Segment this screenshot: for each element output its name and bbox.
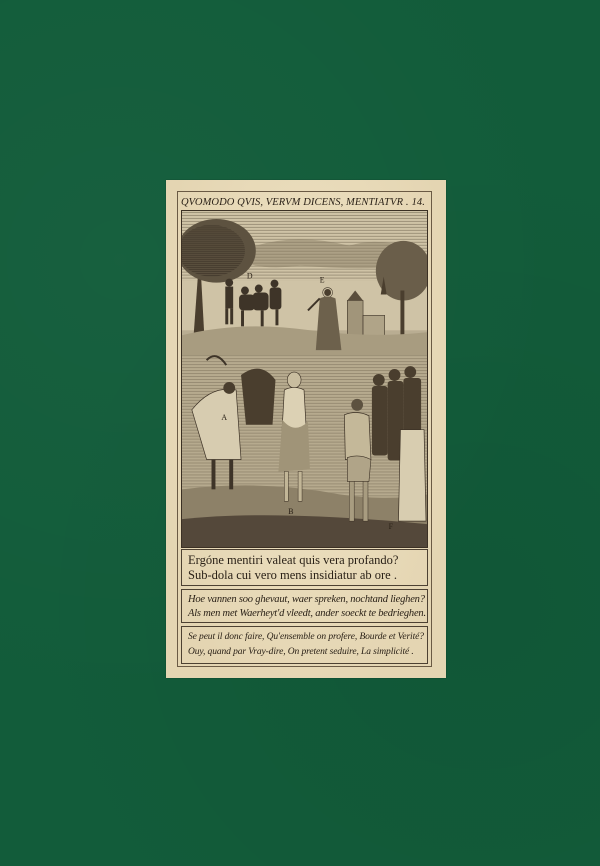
- latin-line-2: Sub-dola cui vero mens insidiatur ab ore…: [188, 568, 421, 583]
- label-f: F: [389, 522, 394, 531]
- french-line-2: Ouy, quand par Vray-dire, On pretent sed…: [188, 645, 421, 660]
- engraving-image: D E A B: [181, 210, 428, 548]
- label-d: D: [247, 272, 253, 281]
- plate-title: QVOMODO QVIS, VERVM DICENS, MENTIATVR .: [181, 197, 409, 208]
- french-verse: Se peut il donc faire, Qu'ensemble on pr…: [181, 626, 428, 664]
- dutch-line-2: Als men met Waerheyt'd vleedt, ander soe…: [188, 607, 421, 621]
- plate-number: 14.: [412, 197, 425, 208]
- label-b: B: [288, 507, 293, 516]
- french-line-1: Se peut il donc faire, Qu'ensemble on pr…: [188, 630, 421, 645]
- latin-line-1: Ergóne mentiri valeat quis vera profando…: [188, 553, 421, 568]
- dutch-line-1: Hoe vannen soo ghevaut, waer spreken, no…: [188, 593, 421, 607]
- dutch-verse: Hoe vannen soo ghevaut, waer spreken, no…: [181, 589, 428, 623]
- label-e: E: [320, 276, 325, 285]
- latin-verse: Ergóne mentiri valeat quis vera profando…: [181, 549, 428, 586]
- print-paper: QVOMODO QVIS, VERVM DICENS, MENTIATVR . …: [166, 180, 446, 678]
- engraving-illustration: D E A B: [182, 211, 427, 547]
- engraved-plate: QVOMODO QVIS, VERVM DICENS, MENTIATVR . …: [177, 191, 432, 667]
- label-a: A: [221, 413, 227, 422]
- plate-header: QVOMODO QVIS, VERVM DICENS, MENTIATVR . …: [181, 194, 425, 210]
